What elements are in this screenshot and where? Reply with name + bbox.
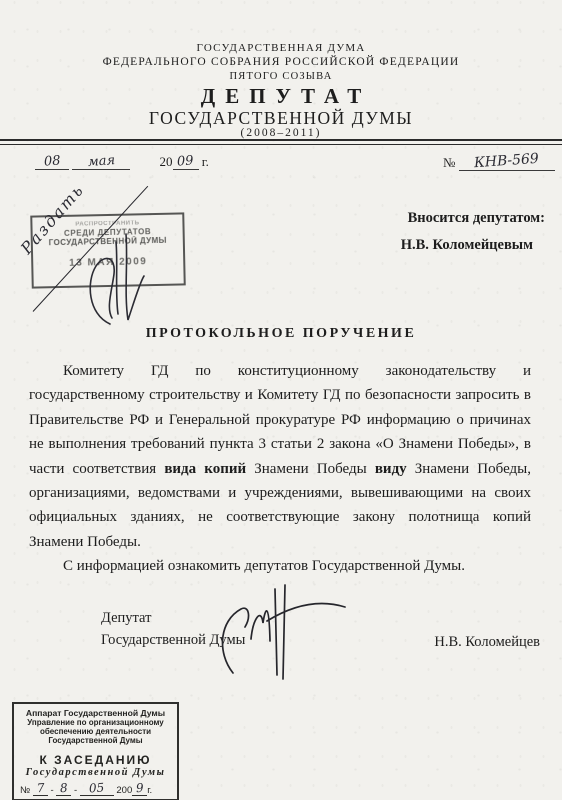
apparatus-stamp-number-row: № 7 - 8 - 05 2009г. <box>14 781 177 796</box>
body-segment-bold: виду <box>375 461 407 477</box>
apparatus-stamp-subheading: Государственной Думы <box>14 767 177 778</box>
document-title: ПРОТОКОЛЬНОЕ ПОРУЧЕНИЕ <box>0 326 562 342</box>
letterhead-subtitle: ГОСУДАРСТВЕННОЙ ДУМЫ <box>0 108 562 129</box>
apparatus-stamp-line3: обеспечению деятельности <box>14 727 177 736</box>
number-sign-label: № <box>443 155 455 170</box>
body-line: организациями, ведомствами и учреждениям… <box>29 481 531 505</box>
submitted-by-label: Вносится депутатом: <box>408 210 545 227</box>
document-body: Комитету ГД по конституционному законода… <box>29 359 531 579</box>
handwritten-day: 08 <box>43 153 61 169</box>
letterhead-title: ДЕПУТАТ <box>0 84 562 109</box>
handwritten-signature-small <box>82 222 152 332</box>
body-line: Комитету ГД по конституционному законода… <box>29 359 531 383</box>
date-century-printed: 20 <box>160 154 173 169</box>
signer-role-line1: Депутат <box>101 610 151 627</box>
letterhead-org-line3: ПЯТОГО СОЗЫВА <box>0 71 562 82</box>
date-line: 08 мая 2009 г. <box>35 153 209 170</box>
body-line: официальных зданиях, не соответствующие … <box>29 505 531 529</box>
stamp-separator: - <box>50 785 53 796</box>
stamp-num1-field: 7 <box>33 781 48 796</box>
handwritten-num3: 05 <box>89 780 105 795</box>
stamp-year-field: 9 <box>132 781 147 796</box>
apparatus-stamp-line4: Государственной Думы <box>14 736 177 745</box>
body-segment: части соответствия <box>29 461 164 477</box>
apparatus-stamp-heading: К ЗАСЕДАНИЮ <box>14 753 177 767</box>
body-paragraph2: С информацией ознакомить депутатов Госуд… <box>29 554 531 578</box>
body-segment: Знамени Победы, <box>407 461 531 477</box>
handwritten-year: 09 <box>177 153 195 169</box>
letterhead-double-rule <box>0 139 562 145</box>
stamp-num3-field: 05 <box>80 781 114 796</box>
date-month-field: мая <box>72 153 130 170</box>
body-line: Знамени Победы. <box>29 530 531 554</box>
letterhead-convocation-years: (2008–2011) <box>0 127 562 139</box>
stamp-year-suffix: г. <box>147 785 152 796</box>
date-day-field: 08 <box>35 153 69 170</box>
handwritten-month: мая <box>87 153 115 170</box>
letterhead-org-line1: ГОСУДАРСТВЕННАЯ ДУМА <box>0 42 562 54</box>
handwritten-signature-main <box>215 583 355 683</box>
body-line: не выполнения требований пункта 3 статьи… <box>29 432 531 456</box>
stamp-num2-field: 8 <box>56 781 71 796</box>
apparatus-stamp-line2: Управление по организационному <box>14 718 177 727</box>
apparatus-stamp-line1: Аппарат Государственной Думы <box>14 708 177 718</box>
signer-name: Н.В. Коломейцев <box>434 634 540 651</box>
submitted-by-name: Н.В. Коломейцевым <box>401 237 533 254</box>
apparatus-stamp: Аппарат Государственной Думы Управление … <box>12 702 179 800</box>
handwritten-year2: 9 <box>135 781 144 795</box>
body-segment: Знамени Победы <box>246 461 375 477</box>
date-year-field: 09 <box>173 153 199 170</box>
letterhead-org-line2: ФЕДЕРАЛЬНОГО СОБРАНИЯ РОССИЙСКОЙ ФЕДЕРАЦ… <box>0 56 562 68</box>
handwritten-document-number: КНВ-569 <box>474 151 540 171</box>
stamp-number-sign: № <box>20 785 30 796</box>
body-segment-bold: вида копий <box>164 461 246 477</box>
body-line: государственному строительству и Комитет… <box>29 383 531 407</box>
document-number-field: КНВ-569 <box>459 153 555 171</box>
document-number-line: № КНВ-569 <box>443 153 555 171</box>
handwritten-num1: 7 <box>36 781 45 795</box>
scanned-document-page: ГОСУДАРСТВЕННАЯ ДУМА ФЕДЕРАЛЬНОГО СОБРАН… <box>0 0 562 800</box>
body-line: части соответствия вида копий Знамени По… <box>29 457 531 481</box>
stamp-separator: - <box>74 785 77 796</box>
date-suffix: г. <box>202 154 209 169</box>
stamp-century-printed: 200 <box>116 785 132 796</box>
handwritten-num2: 8 <box>59 781 68 795</box>
body-line: Правительстве РФ и Генеральной прокурату… <box>29 408 531 432</box>
